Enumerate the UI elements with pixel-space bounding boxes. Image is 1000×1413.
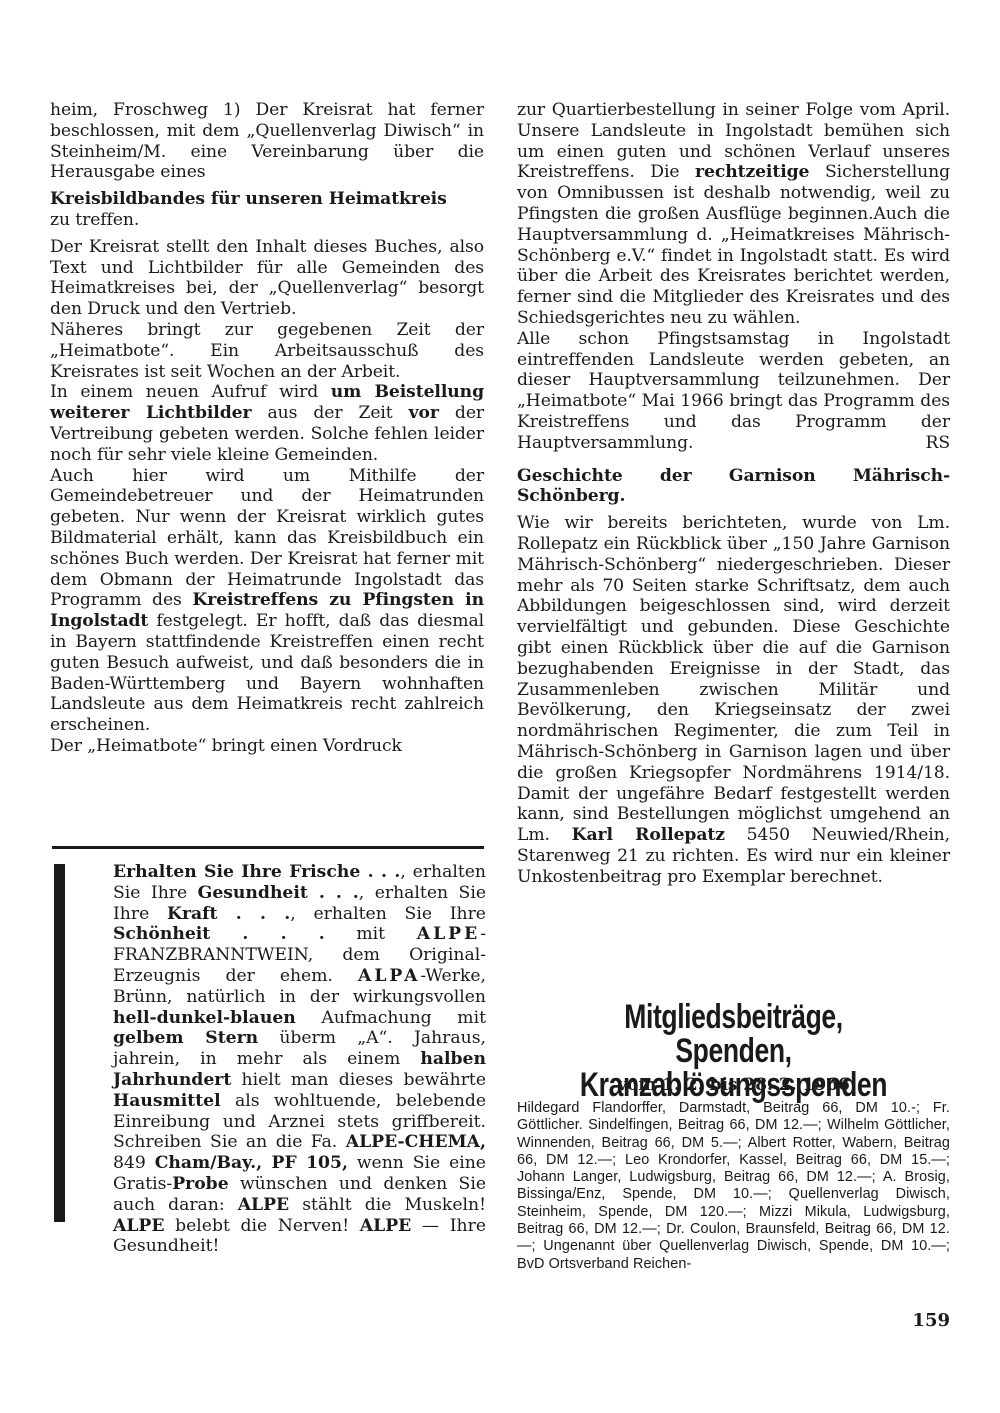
brand-name: ALPE [113,1216,164,1236]
title-line: Mitgliedsbeiträge, Spenden, [565,1000,903,1068]
right-column: zur Quartierbestellung in seiner Folge v… [517,100,950,887]
brand-name: ALPA [358,966,420,986]
text: Aufmachung mit [296,1008,486,1028]
divider-rule [52,846,484,849]
text: stählt die Muskeln! [289,1195,486,1215]
paragraph: Auch hier wird um Mithilfe der Gemeindeb… [50,466,484,736]
brand-name: ALPE [360,1216,411,1236]
text: aus der Zeit [251,403,408,423]
paragraph: Der „Heimatbote“ bringt einen Vordruck [50,736,484,757]
author-signature: RS [925,433,950,454]
page-number: 159 [900,1310,950,1331]
text: mit [325,924,417,944]
left-column: heim, Froschweg 1) Der Kreisrat hat fern… [50,100,484,757]
bold-text: hell-dunkel-blauen [113,1008,296,1028]
text: belebt die Nerven! [164,1216,359,1236]
bold-text: rechtzeitige [695,162,809,182]
text: Sicherstellung von Omnibussen ist deshal… [517,162,950,328]
bold-text: gelbem Stern [113,1028,258,1048]
text: In einem neuen Aufruf wird [50,382,331,402]
paragraph: In einem neuen Aufruf wird um Beistellun… [50,382,484,465]
advertisement-box: Erhalten Sie Ihre Frische . . ., erhalte… [113,862,486,1257]
bold-text: Kraft . . . [167,904,290,924]
brand-name: ALPE [417,924,480,944]
text: heim, Froschweg 1) Der Kreisrat hat fern… [50,100,484,182]
text: Kreisbildbandes für unseren Heimatkreis [50,189,447,209]
text: Alle schon Pfingstsamstag in Ingolstadt … [517,329,950,453]
text: Der Kreisrat stellt den Inhalt dieses Bu… [50,237,484,319]
bold-text: vor [409,403,439,423]
bold-text: Schönheit . . . [113,924,325,944]
text: 849 [113,1153,155,1173]
dues-list: Hildegard Flandorffer, Darmstadt, Beitra… [517,1100,950,1273]
text: Der „Heimatbote“ bringt einen Vordruck [50,736,402,756]
section-heading: Geschichte der Garnison Mährisch-Schönbe… [517,466,950,508]
text: zu treffen. [50,210,139,230]
ad-side-bar [54,864,65,1222]
paragraph: Alle schon Pfingstsamstag in Ingolstadt … [517,329,950,454]
text: , erhalten Sie Ihre [290,904,486,924]
text: Wie wir bereits berichteten, wurde von L… [517,513,950,845]
paragraph: Der Kreisrat stellt den Inhalt dieses Bu… [50,237,484,320]
bold-text: Erhalten Sie Ihre Frische . . . [113,862,400,882]
bold-text: Gesundheit . . . [198,883,359,903]
text: Auch hier wird um Mithilfe der Gemeindeb… [50,466,484,611]
paragraph: zu treffen. [50,210,484,231]
bold-text: Karl Rollepatz [572,825,725,845]
bold-text: Probe [172,1174,228,1194]
bold-phrase: Kreisbildbandes für unseren Heimatkreis [50,189,484,210]
address: Cham/Bay., PF 105, [155,1153,348,1173]
dues-date-range: vom 1. 2. bis 28. 2. 1966 [517,1075,950,1095]
paragraph: Näheres bringt zur gegebenen Zeit der „H… [50,320,484,382]
bold-text: Hausmittel [113,1091,221,1111]
company-name: ALPE-CHEMA, [346,1132,486,1152]
paragraph: Wie wir bereits berichteten, wurde von L… [517,513,950,887]
text: Näheres bringt zur gegebenen Zeit der „H… [50,320,484,382]
paragraph: heim, Froschweg 1) Der Kreisrat hat fern… [50,100,484,183]
ad-text: Erhalten Sie Ihre Frische . . ., erhalte… [113,862,486,1257]
paragraph: zur Quartierbestellung in seiner Folge v… [517,100,950,329]
brand-name: ALPE [238,1195,289,1215]
text: hielt man dieses bewährte [231,1070,486,1090]
